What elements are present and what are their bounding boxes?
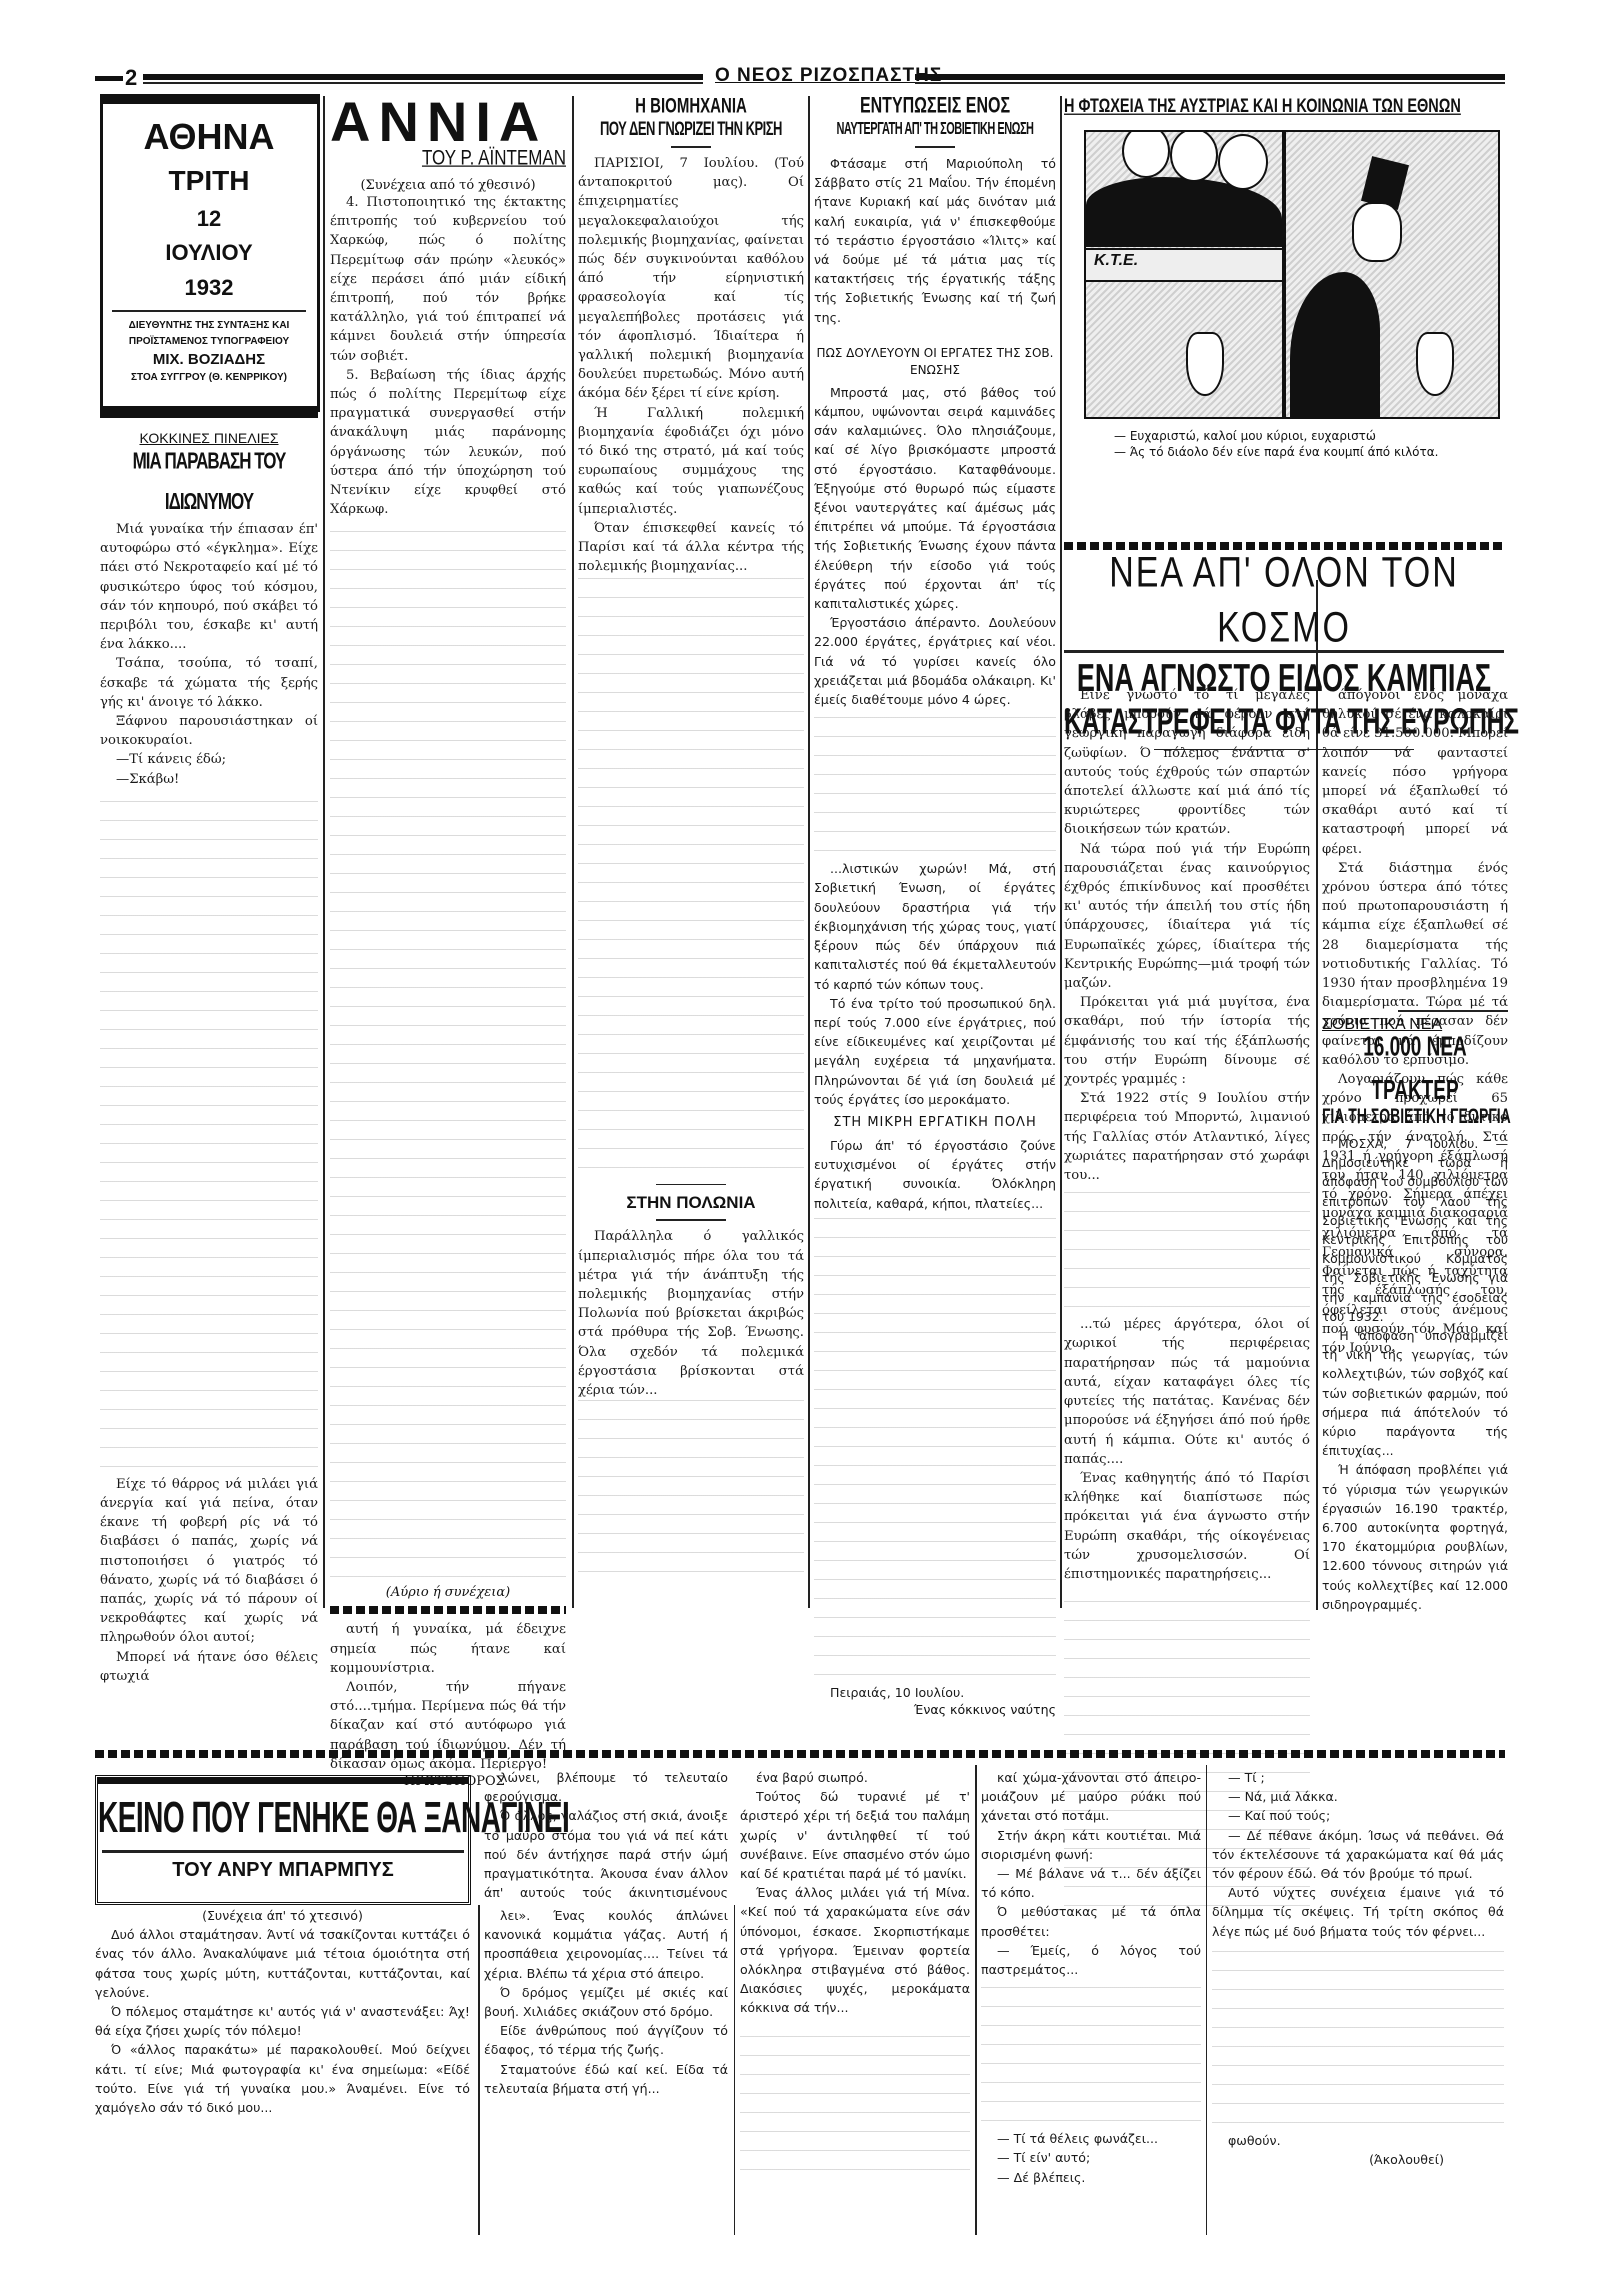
- article-worker: ΕΝΤΥΠΩΣΕΙΣ ΕΝΟΣ ΝΑΥΤΕΡΓΑΤΗ ΑΠ' ΤΗ ΣΟΒΙΕΤ…: [814, 96, 1056, 1717]
- section-title: ΝΕΑ ΑΠ' ΟΛΟΝ ΤΟΝ ΚΟΣΜΟ: [1064, 545, 1504, 655]
- signature: Ένας κόκκινος ναύτης: [814, 1702, 1056, 1717]
- section-divider: [95, 1750, 1505, 1758]
- cartoon-panel-left: Κ.Τ.Ε.: [1084, 130, 1284, 419]
- article-body-end: Είχε τό θάρρος νά μιλάει γιά άνεργία καί…: [100, 1475, 318, 1686]
- cartoon-sign: Κ.Τ.Ε.: [1094, 252, 1138, 270]
- cartoon-panel-right: [1284, 130, 1500, 419]
- soviet-news: ΣΟΒΙΕΤΙΚΑ ΝΕΑ 16.000 ΝΕΑ ΤΡΑΚΤΕΡ ΓΙΑ ΤΗ …: [1322, 1010, 1508, 1614]
- page-number: 2: [125, 65, 137, 91]
- to-be-continued: (Αύριο ή συνέχεια): [330, 1585, 566, 1600]
- headline-line-2: ΠΟΥ ΔΕΝ ΓΝΩΡΙΖΕΙ ΤΗΝ ΚΡΙΣΗ: [578, 113, 804, 146]
- dateline-month: ΙΟΥΛΙΟΥ: [100, 236, 318, 270]
- continued-from: (Συνέχεια από τό χθεσινό): [330, 178, 566, 193]
- serial-title: ΚΕΙΝΟ ΠΟΥ ΓΕΝΗΚΕ ΘΑ ΞΑΝΑΓΙΝΕΙ: [98, 1787, 468, 1849]
- cartoon: Η ΦΤΩΧΕΙΑ ΤΗΣ ΑΥΣΤΡΙΑΣ ΚΑΙ Η ΚΟΙΝΩΝΙΑ ΤΩ…: [1064, 96, 1504, 536]
- serial-byline: ΤΟΥ Ρ. ΑΪΝΤΕΜΑΝ: [422, 146, 566, 171]
- cartoon-caption-2: — Άς τό διάολο δέν είνε παρά ένα κουμπί …: [1114, 444, 1438, 460]
- newspaper-title: Ο ΝΕΟΣ ΡΙΖΟΣΠΑΣΤΗΣ: [715, 65, 942, 87]
- serial-byline: ΤΟΥ ΑΝΡΥ ΜΠΑΡΜΠΥΣ: [172, 1859, 393, 1881]
- serial-barbusse-col-1: (Συνέχεια άπ' τό χτεσινό) Δυό άλλοι σταμ…: [95, 1906, 470, 2117]
- article-body: Μιά γυναίκα τήν έπιασαν έπ' αυτοφώρω στό…: [100, 520, 318, 789]
- serial-barbusse-header: ΚΕΙΝΟ ΠΟΥ ΓΕΝΗΚΕ ΘΑ ΞΑΝΑΓΙΝΕΙ ΤΟΥ ΑΝΡΥ Μ…: [95, 1775, 471, 1905]
- serial-barbusse-col-2: λει». Ένας κουλός άπλώνει κανονικά κομμά…: [484, 1906, 728, 2098]
- dateline-box: ΑΘΗΝΑ ΤΡΙΤΗ 12 ΙΟΥΛΙΟΥ 1932 ΔΙΕΥΘΥΝΤΗΣ Τ…: [100, 94, 318, 420]
- headline-line-2: ΓΙΑ ΤΗ ΣΟΒΙΕΤΙΚΗ ΓΕΩΡΓΙΑ: [1322, 1092, 1508, 1139]
- editor-address: ΣΤΟΑ ΣΥΓΓΡΟΥ (Θ. ΚΕΝΡΡΙΚΟΥ): [100, 370, 318, 386]
- serial-title: ΑΝΝΙΑ: [330, 96, 566, 148]
- credit-line-2: ΠΡΟΪΣΤΑΜΕΝΟΣ ΤΥΠΟΓΡΑΦΕΙΟΥ: [100, 334, 318, 350]
- serial-barbusse-col-4: ένα βαρύ σιωπρό. Τούτος δώ τυρανιέ μέ τ'…: [740, 1768, 970, 2178]
- serial-annia: ΑΝΝΙΑ ΤΟΥ Ρ. ΑΪΝΤΕΜΑΝ (Συνέχεια από τό χ…: [330, 96, 566, 1789]
- cartoon-title: Η ΦΤΩΧΕΙΑ ΤΗΣ ΑΥΣΤΡΙΑΣ ΚΑΙ Η ΚΟΙΝΩΝΙΑ ΤΩ…: [1064, 96, 1504, 118]
- subhead-poland: ΣΤΗΝ ΠΟΛΩΝΙΑ: [578, 1193, 804, 1213]
- to-be-continued: (Άκολουθεί): [1212, 2150, 1504, 2169]
- world-news-col-1: Είνε γνωστό τό τί μεγάλες βλάβες μπορούν…: [1064, 686, 1310, 1914]
- headline-line-2: ΝΑΥΤΕΡΓΑΤΗ ΑΠ' ΤΗ ΣΟΒΙΕΤΙΚΗ ΕΝΩΣΗ: [814, 111, 1056, 146]
- subhead-workers: ΠΩΣ ΔΟΥΛΕΥΟΥΝ ΟΙ ΕΡΓΑΤΕΣ ΤΗΣ ΣΟΒ. ΕΝΩΣΗΣ: [814, 345, 1056, 379]
- editor-name: ΜΙΧ. ΒΟΖΙΑΔΗΣ: [100, 350, 318, 370]
- article-industry: Η ΒΙΟΜΗΧΑΝΙΑ ΠΟΥ ΔΕΝ ΓΝΩΡΙΖΕΙ ΤΗΝ ΚΡΙΣΗ …: [578, 96, 804, 1580]
- article-headline: ΜΙΑ ΠΑΡΑΒΑΣΗ ΤΟΥ ΙΔΙΩΝΥΜΟΥ: [100, 442, 318, 523]
- serial-barbusse-col-5: καί χώμα-χάνονται στό άπειρο-μοιάζουν μέ…: [981, 1768, 1201, 2187]
- continued-from: (Συνέχεια άπ' τό χτεσινό): [95, 1906, 470, 1925]
- column-red-brushes: ΚΟΚΚΙΝΕΣ ΠΙΝΕΛΙΕΣ ΜΙΑ ΠΑΡΑΒΑΣΗ ΤΟΥ ΙΔΙΩΝ…: [100, 428, 318, 1686]
- dateline-day: 12: [100, 202, 318, 236]
- subhead-workers-town: ΣΤΗ ΜΙΚΡΗ ΕΡΓΑΤΙΚΗ ΠΟΛΗ: [814, 1115, 1056, 1130]
- masthead: 2 Ο ΝΕΟΣ ΡΙΖΟΣΠΑΣΤΗΣ: [95, 70, 1505, 90]
- dateline-weekday: ΤΡΙΤΗ: [100, 160, 318, 202]
- dateline-year: 1932: [100, 270, 318, 306]
- serial-barbusse-col-3: λώνει, βλέπουμε τό τελευταίο φερούγισμα.…: [484, 1768, 728, 1898]
- cartoon-caption-1: — Ευχαριστώ, καλοί μου κύριοι, ευχαριστώ: [1114, 428, 1438, 444]
- serial-body: 4. Πιστοποιητικό της έκτακτης έπιτροπής …: [330, 193, 566, 519]
- dateline-city: ΑΘΗΝΑ: [100, 114, 318, 160]
- serial-barbusse-col-6: — Τί ; — Νά, μιά λάκκα. — Καί πού τούς; …: [1212, 1768, 1504, 2169]
- credit-line-1: ΔΙΕΥΘΥΝΤΗΣ ΤΗΣ ΣΥΝΤΑΞΗΣ ΚΑΙ: [100, 318, 318, 334]
